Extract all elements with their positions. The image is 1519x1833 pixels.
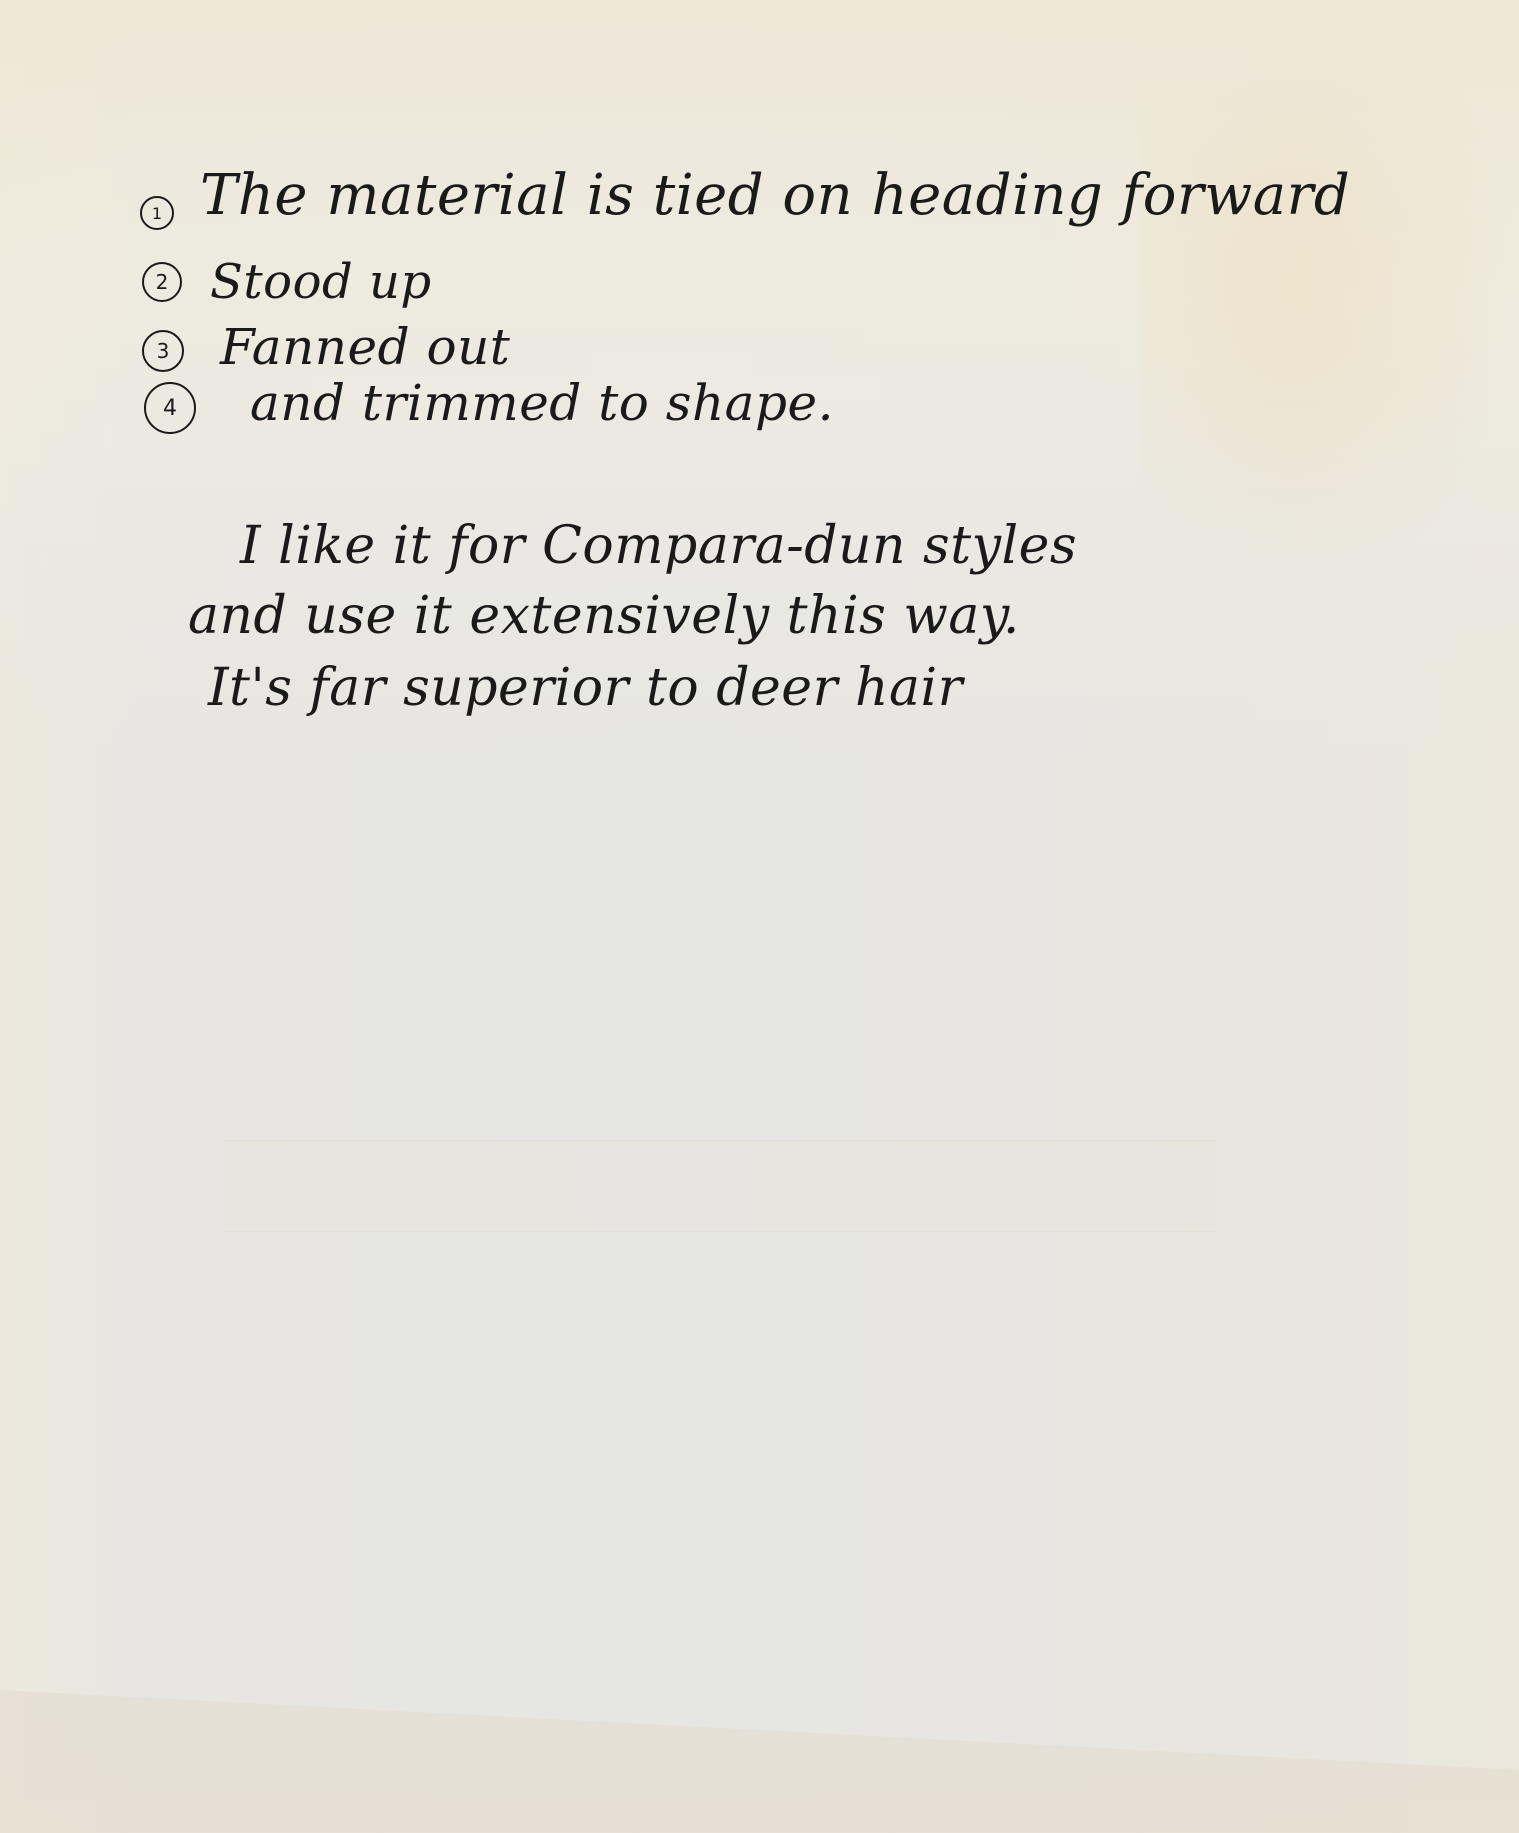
step-text: The material is tied on heading forward <box>200 168 1350 224</box>
step-text: Fanned out <box>220 322 510 372</box>
step-number-circle: 1 <box>140 196 174 230</box>
step-text: Stood up <box>210 258 432 306</box>
step-text: and trimmed to shape. <box>250 378 834 428</box>
step-number-circle: 2 <box>142 262 182 302</box>
step-number-circle: 4 <box>144 382 196 434</box>
paragraph-line-1: I like it for Compara-dun styles <box>240 520 1077 572</box>
paper-page: 1 The material is tied on heading forwar… <box>0 0 1519 1833</box>
faint-bleedthrough-table <box>225 1140 1215 1232</box>
paragraph-line-3: It's far superior to deer hair <box>208 662 963 714</box>
step-number-circle: 3 <box>142 330 184 372</box>
paragraph-line-2: and use it extensively this way. <box>188 590 1020 642</box>
paper-fold-bottom <box>0 1690 1519 1833</box>
